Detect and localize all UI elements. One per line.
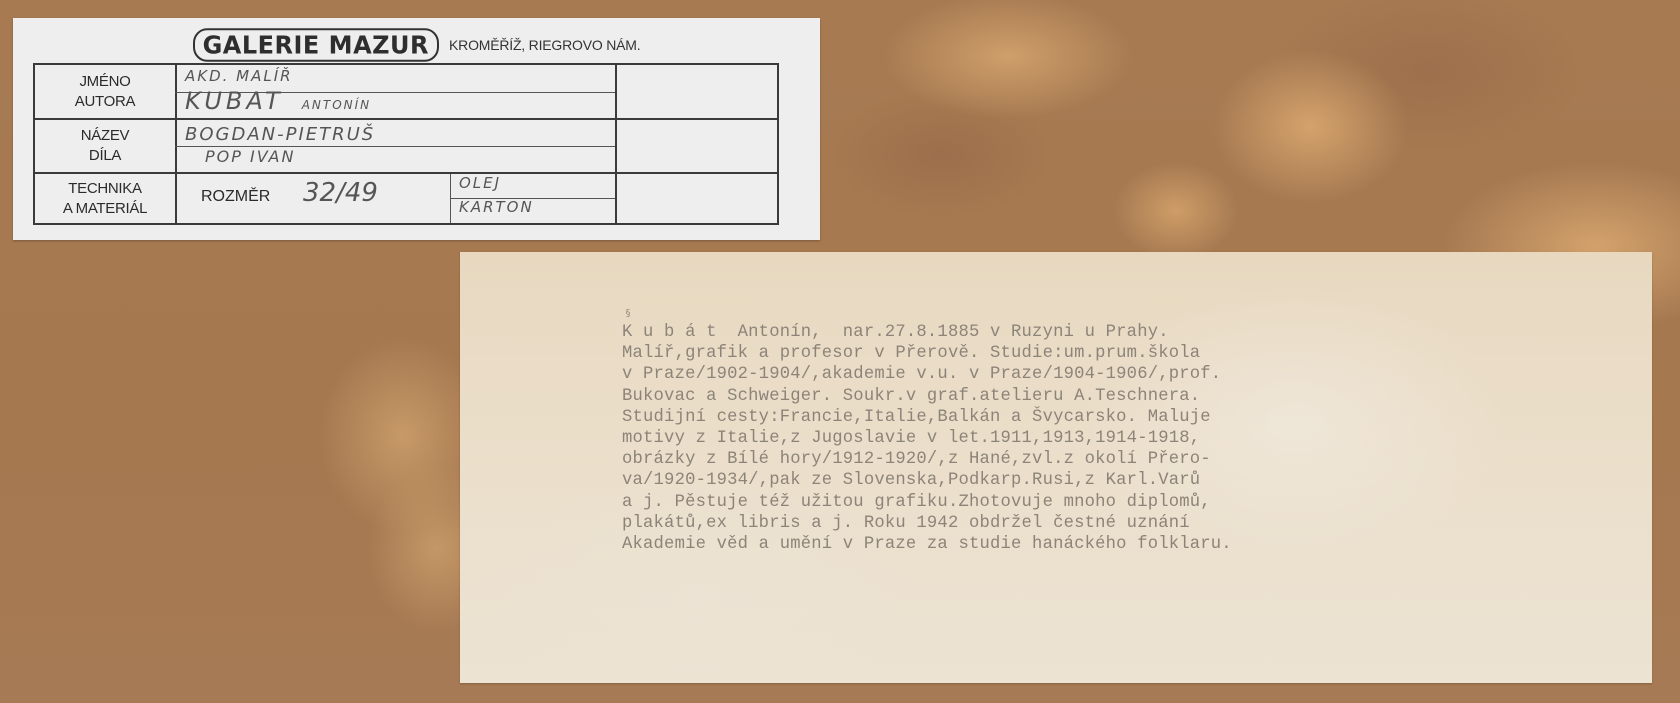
label-line: TECHNIKA: [68, 179, 141, 199]
note-line: v Praze/1902-1904/,akademie v.u. v Praze…: [622, 365, 1221, 384]
author-row: JMÉNO AUTORA AKD. MALÍŘ KUBATANTONÍN: [35, 65, 777, 120]
label-line: AUTORA: [75, 92, 135, 112]
work-title-line1: BOGDAN-PIETRUŠ: [185, 124, 375, 145]
label-line: A MATERIÁL: [63, 199, 147, 219]
note-line: Akademie věd a umění v Praze za studie h…: [622, 535, 1232, 554]
label-header: GALERIE MAZUR KROMĚŘÍŽ, RIEGROVO NÁM.: [13, 28, 820, 62]
label-line: JMÉNO: [79, 72, 130, 92]
author-field-value: AKD. MALÍŘ KUBATANTONÍN: [175, 65, 617, 118]
work-title-line2: POP IVAN: [205, 147, 295, 166]
note-line: obrázky z Bílé hory/1912-1920/,z Hané,zv…: [622, 450, 1211, 469]
technique-extra-cell: [617, 174, 777, 223]
size-value: 32/49: [303, 178, 378, 208]
gallery-address: KROMĚŘÍŽ, RIEGROVO NÁM.: [449, 37, 640, 53]
biography-text: K u b á t Antonín, nar.27.8.1885 v Ruzyn…: [622, 322, 1232, 555]
author-extra-cell: [617, 65, 777, 118]
technique-field-value: ROZMĚR 32/49 OLEJ KARTON: [175, 174, 617, 223]
note-line: K u b á t Antonín, nar.27.8.1885 v Ruzyn…: [622, 323, 1169, 342]
note-mark: §: [625, 308, 631, 319]
note-line: va/1920-1934/,pak ze Slovenska,Podkarp.R…: [622, 471, 1200, 490]
biography-note: § K u b á t Antonín, nar.27.8.1885 v Ruz…: [460, 252, 1652, 683]
title-extra-cell: [617, 120, 777, 172]
technique-medium: OLEJ: [459, 174, 501, 192]
author-name: KUBATANTONÍN: [185, 87, 371, 115]
note-line: Bukovac a Schweiger. Soukr.v graf.atelie…: [622, 387, 1200, 406]
label-line: NÁZEV: [81, 126, 130, 146]
technique-row: TECHNIKA A MATERIÁL ROZMĚR 32/49 OLEJ KA…: [35, 174, 777, 223]
author-field-label: JMÉNO AUTORA: [35, 65, 177, 118]
note-line: Studijní cesty:Francie,Italie,Balkán a Š…: [622, 408, 1211, 427]
note-line: Malíř,grafik a profesor v Přerově. Studi…: [622, 344, 1200, 363]
technique-box: OLEJ KARTON: [450, 174, 615, 223]
technique-support: KARTON: [459, 198, 534, 216]
technique-field-label: TECHNIKA A MATERIÁL: [35, 174, 177, 223]
author-title: AKD. MALÍŘ: [185, 67, 293, 85]
gallery-logo: GALERIE MAZUR: [193, 28, 439, 62]
label-line: DÍLA: [89, 146, 121, 166]
title-field-value: BOGDAN-PIETRUŠ POP IVAN: [175, 120, 617, 172]
title-field-label: NÁZEV DÍLA: [35, 120, 177, 172]
note-line: a j. Pěstuje též užitou grafiku.Zhotovuj…: [622, 493, 1211, 512]
label-table: JMÉNO AUTORA AKD. MALÍŘ KUBATANTONÍN NÁZ…: [33, 63, 779, 225]
note-line: plakátů,ex libris a j. Roku 1942 obdržel…: [622, 514, 1190, 533]
author-firstname: ANTONÍN: [302, 98, 371, 112]
title-row: NÁZEV DÍLA BOGDAN-PIETRUŠ POP IVAN: [35, 120, 777, 174]
gallery-label: GALERIE MAZUR KROMĚŘÍŽ, RIEGROVO NÁM. JM…: [13, 18, 820, 240]
note-line: motivy z Italie,z Jugoslavie v let.1911,…: [622, 429, 1200, 448]
author-surname: KUBAT: [185, 87, 284, 115]
size-label: ROZMĚR: [201, 188, 270, 206]
